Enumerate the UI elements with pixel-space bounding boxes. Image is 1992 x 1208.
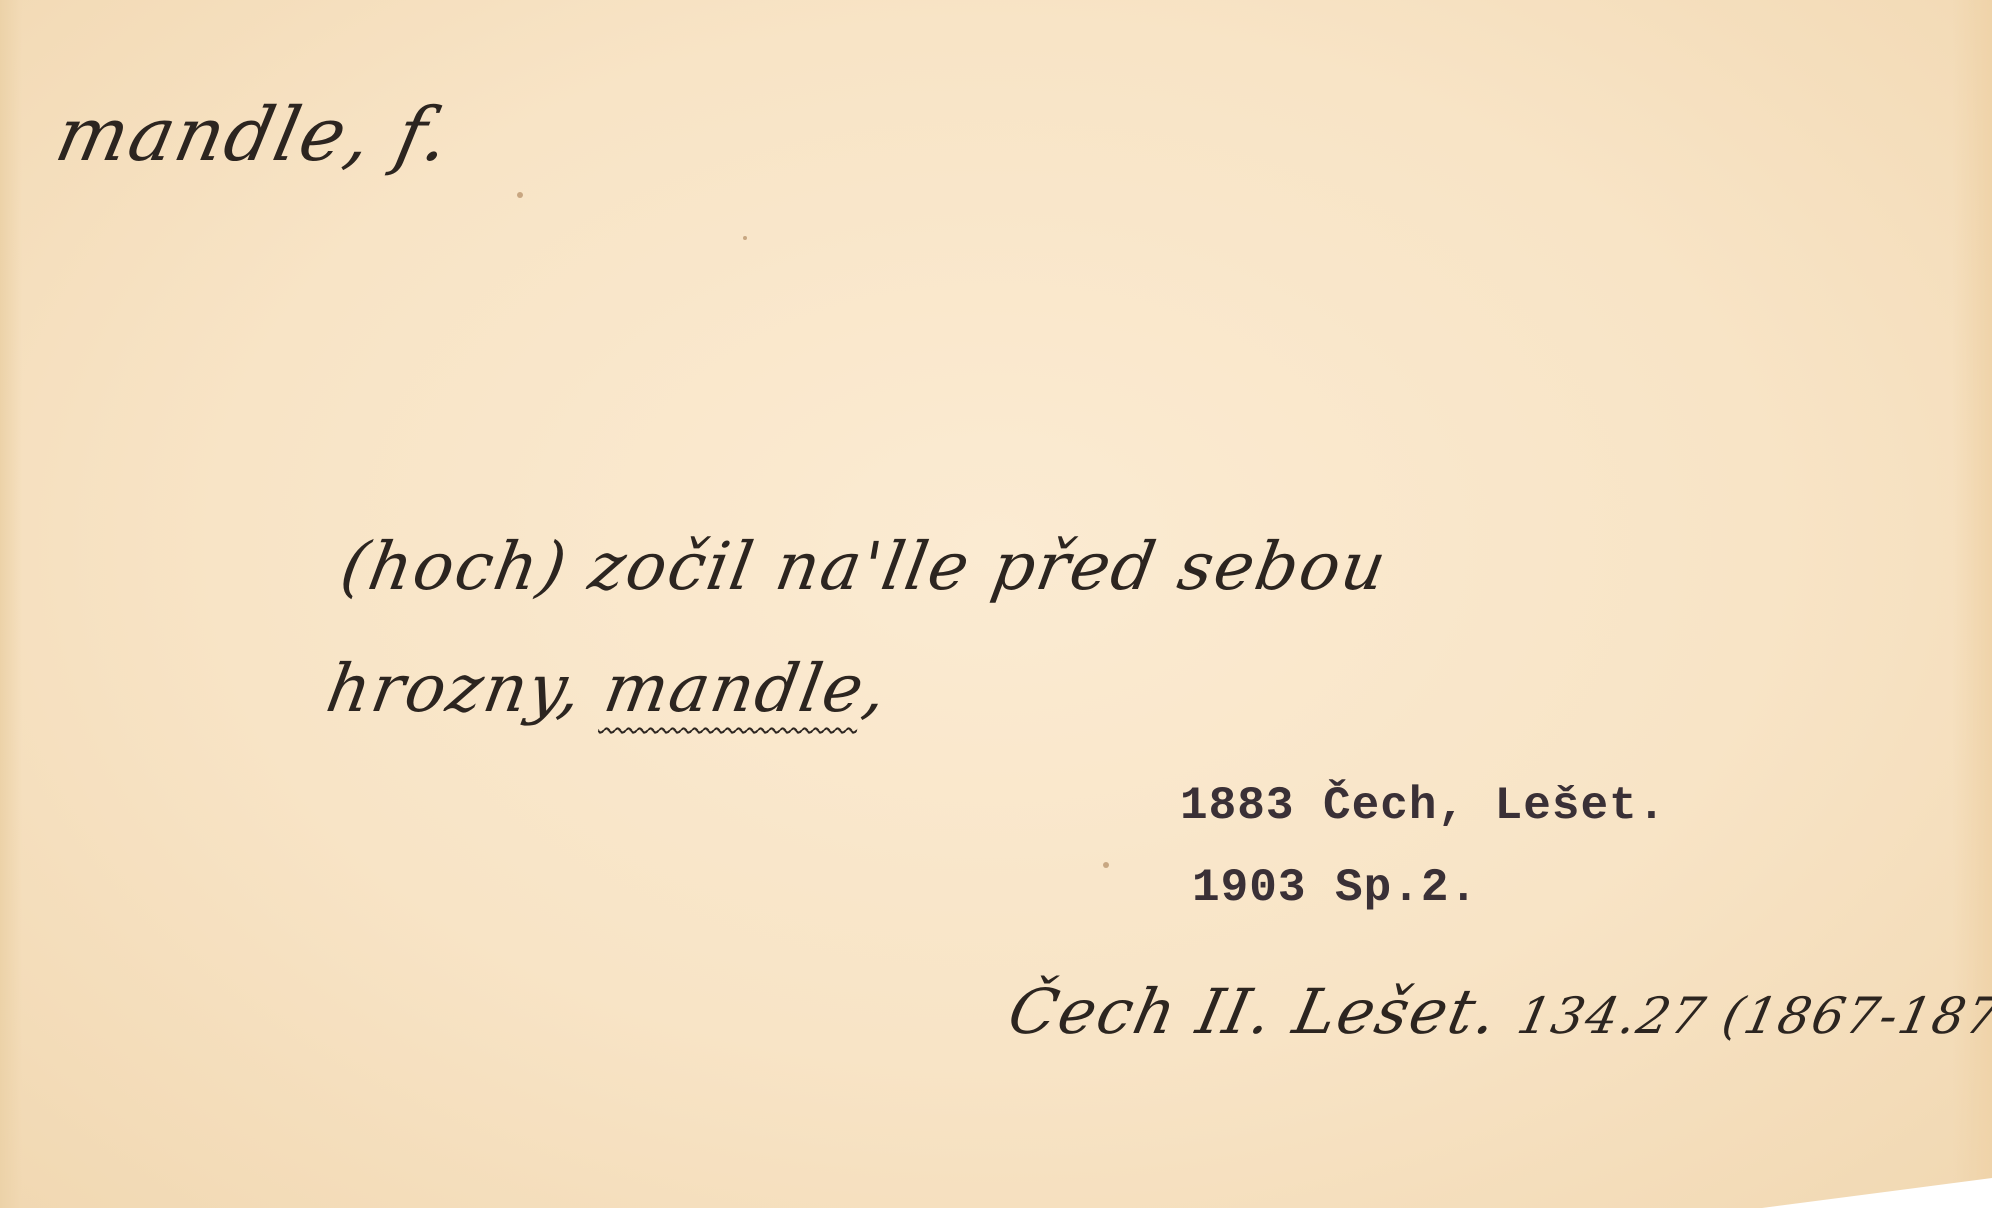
paper-speck [743,236,747,240]
example-line-2: hrozny, mandle, [321,650,894,727]
paper-edge-left [0,0,22,1208]
example-line-2-prefix: hrozny, [321,650,612,727]
paper-speck [1103,862,1109,868]
source-citation: Čech II. Lešet. 134.27 (1867-1874). [1002,975,1992,1048]
paper-speck [517,192,523,198]
example-line-1: (hoch) zočil na'lle před sebou [335,528,1393,605]
dictionary-slip: mandle, f. (hoch) zočil na'lle před sebo… [0,0,1992,1208]
scan-corner [1762,1178,1992,1208]
citation-author: Čech II. Lešet. [1002,975,1505,1048]
stamp-line-1: 1883 Čech, Lešet. [1180,780,1666,832]
stamp-line-2: 1903 Sp.2. [1192,862,1478,914]
citation-reference: 134.27 (1867-1874). [1512,987,1992,1045]
example-emphasized-word: mandle [599,650,871,727]
headword: mandle, f. [49,92,459,178]
